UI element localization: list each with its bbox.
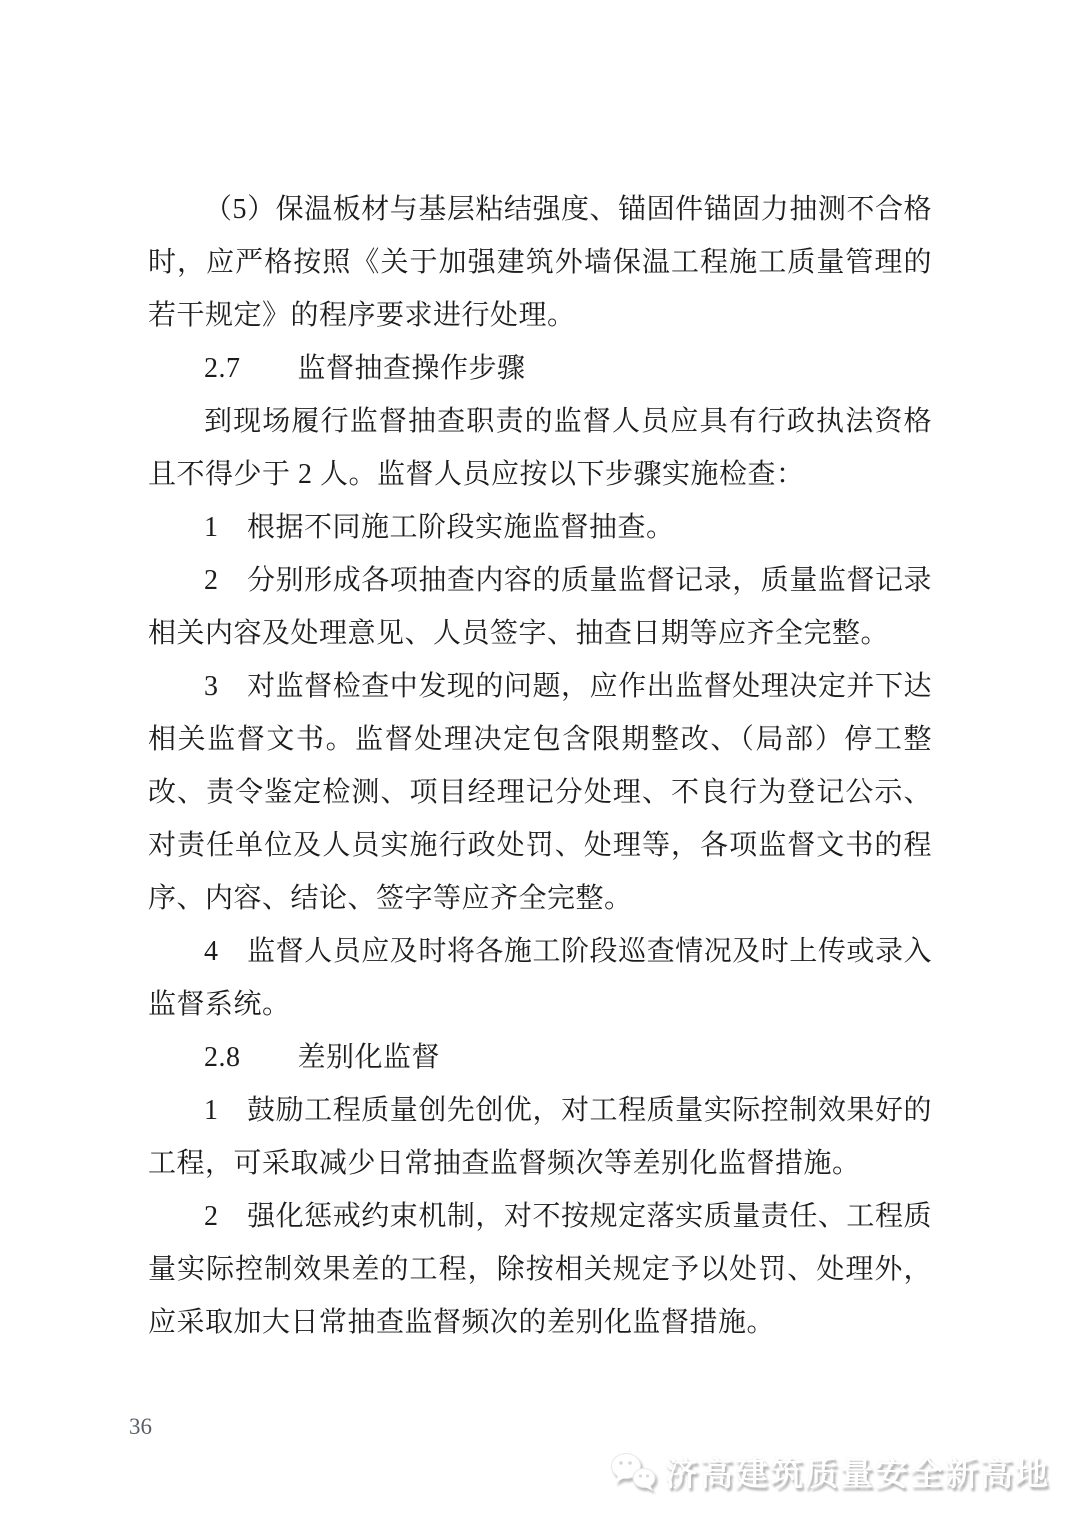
paragraph: 2 分别形成各项抽查内容的质量监督记录，质量监督记录相关内容及处理意见、人员签字… [148, 554, 932, 660]
page-number: 36 [129, 1414, 152, 1440]
section-heading: 2.8 差别化监督 [148, 1031, 932, 1084]
paragraph: 3 对监督检查中发现的问题，应作出监督处理决定并下达相关监督文书。监督处理决定包… [148, 660, 932, 925]
brand-text: 济高建筑质量安全新高地 [665, 1448, 1050, 1495]
wechat-icon [609, 1451, 657, 1493]
paragraph: 1 根据不同施工阶段实施监督抽查。 [148, 501, 932, 554]
paragraph: （5）保温板材与基层粘结强度、锚固件锚固力抽测不合格时，应严格按照《关于加强建筑… [148, 183, 932, 342]
document-page: （5）保温板材与基层粘结强度、锚固件锚固力抽测不合格时，应严格按照《关于加强建筑… [0, 0, 1080, 1527]
section-heading: 2.7 监督抽查操作步骤 [148, 342, 932, 395]
paragraph: 1 鼓励工程质量创先创优，对工程质量实际控制效果好的工程，可采取减少日常抽查监督… [148, 1084, 932, 1190]
brand-watermark: 济高建筑质量安全新高地 [609, 1448, 1050, 1495]
paragraph: 4 监督人员应及时将各施工阶段巡查情况及时上传或录入监督系统。 [148, 925, 932, 1031]
paragraph: 到现场履行监督抽查职责的监督人员应具有行政执法资格且不得少于 2 人。监督人员应… [148, 395, 932, 501]
document-body: （5）保温板材与基层粘结强度、锚固件锚固力抽测不合格时，应严格按照《关于加强建筑… [148, 183, 932, 1349]
paragraph: 2 强化惩戒约束机制，对不按规定落实质量责任、工程质量实际控制效果差的工程，除按… [148, 1190, 932, 1349]
